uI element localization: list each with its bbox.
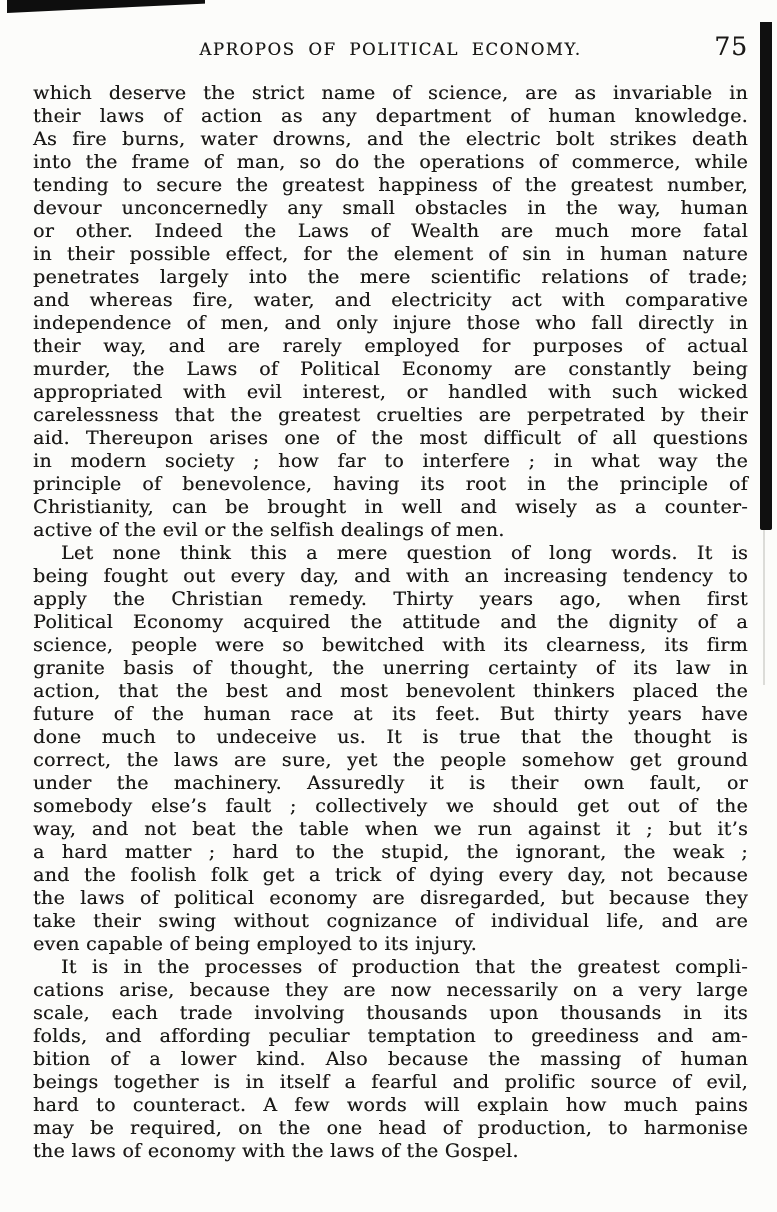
text-line: under the machinery. Assuredly it is the… — [33, 772, 748, 795]
text-line: and whereas fire, water, and electricity… — [33, 289, 748, 312]
text-line: principle of benevolence, having its roo… — [33, 473, 748, 496]
text-line: cations arise, because they are now nece… — [33, 979, 748, 1002]
text-line: the laws of political economy are disreg… — [33, 887, 748, 910]
running-head: APROPOS OF POLITICAL ECONOMY. 75 — [33, 34, 748, 68]
text-line: the laws of economy with the laws of the… — [33, 1140, 748, 1163]
text-line: carelessness that the greatest cruelties… — [33, 404, 748, 427]
text-line: penetrates largely into the mere scienti… — [33, 266, 748, 289]
text-line: active of the evil or the selfish dealin… — [33, 519, 748, 542]
text-line: in modern society ; how far to interfere… — [33, 450, 748, 473]
scan-artifact-right-faint-line — [763, 530, 765, 685]
text-line: As fire burns, water drowns, and the ele… — [33, 128, 748, 151]
text-line: into the frame of man, so do the operati… — [33, 151, 748, 174]
text-line: aid. Thereupon arises one of the most di… — [33, 427, 748, 450]
text-line: and the foolish folk get a trick of dyin… — [33, 864, 748, 887]
text-line: way, and not beat the table when we run … — [33, 818, 748, 841]
text-line: their laws of action as any department o… — [33, 105, 748, 128]
text-line: a hard matter ; hard to the stupid, the … — [33, 841, 748, 864]
text-line: devour unconcernedly any small obstacles… — [33, 197, 748, 220]
text-line: murder, the Laws of Political Economy ar… — [33, 358, 748, 381]
text-line: Political Economy acquired the attitude … — [33, 611, 748, 634]
scan-artifact-right-strip — [760, 22, 772, 530]
text-line: may be required, on the one head of prod… — [33, 1117, 748, 1140]
text-line: tending to secure the greatest happiness… — [33, 174, 748, 197]
text-line: Let none think this a mere question of l… — [33, 542, 748, 565]
text-line: hard to counteract. A few words will exp… — [33, 1094, 748, 1117]
text-line: somebody else’s fault ; collectively we … — [33, 795, 748, 818]
text-line: action, that the best and most benevolen… — [33, 680, 748, 703]
text-line: which deserve the strict name of science… — [33, 82, 748, 105]
page-number: 75 — [714, 32, 748, 61]
text-line: science, people were so bewitched with i… — [33, 634, 748, 657]
text-line: correct, the laws are sure, yet the peop… — [33, 749, 748, 772]
paragraph: It is in the processes of production tha… — [33, 956, 748, 1163]
text-line: scale, each trade involving thousands up… — [33, 1002, 748, 1025]
text-line: appropriated with evil interest, or hand… — [33, 381, 748, 404]
page-body: which deserve the strict name of science… — [33, 82, 748, 1163]
scanned-page: APROPOS OF POLITICAL ECONOMY. 75 which d… — [0, 0, 777, 1212]
paragraph: Let none think this a mere question of l… — [33, 542, 748, 956]
text-line: It is in the processes of production tha… — [33, 956, 748, 979]
text-line: their way, and are rarely employed for p… — [33, 335, 748, 358]
text-line: being fought out every day, and with an … — [33, 565, 748, 588]
paragraph: which deserve the strict name of science… — [33, 82, 748, 542]
text-line: folds, and affording peculiar temptation… — [33, 1025, 748, 1048]
page-title: APROPOS OF POLITICAL ECONOMY. — [33, 34, 748, 59]
text-line: even capable of being employed to its in… — [33, 933, 748, 956]
text-line: or other. Indeed the Laws of Wealth are … — [33, 220, 748, 243]
text-line: independence of men, and only injure tho… — [33, 312, 748, 335]
text-line: granite basis of thought, the unerring c… — [33, 657, 748, 680]
scan-artifact-top-bar — [7, 0, 205, 13]
text-line: apply the Christian remedy. Thirty years… — [33, 588, 748, 611]
text-line: take their swing without cognizance of i… — [33, 910, 748, 933]
text-line: future of the human race at its feet. Bu… — [33, 703, 748, 726]
text-line: beings together is in itself a fearful a… — [33, 1071, 748, 1094]
text-line: done much to undeceive us. It is true th… — [33, 726, 748, 749]
text-line: Christianity, can be brought in well and… — [33, 496, 748, 519]
text-line: in their possible effect, for the elemen… — [33, 243, 748, 266]
text-line: bition of a lower kind. Also because the… — [33, 1048, 748, 1071]
